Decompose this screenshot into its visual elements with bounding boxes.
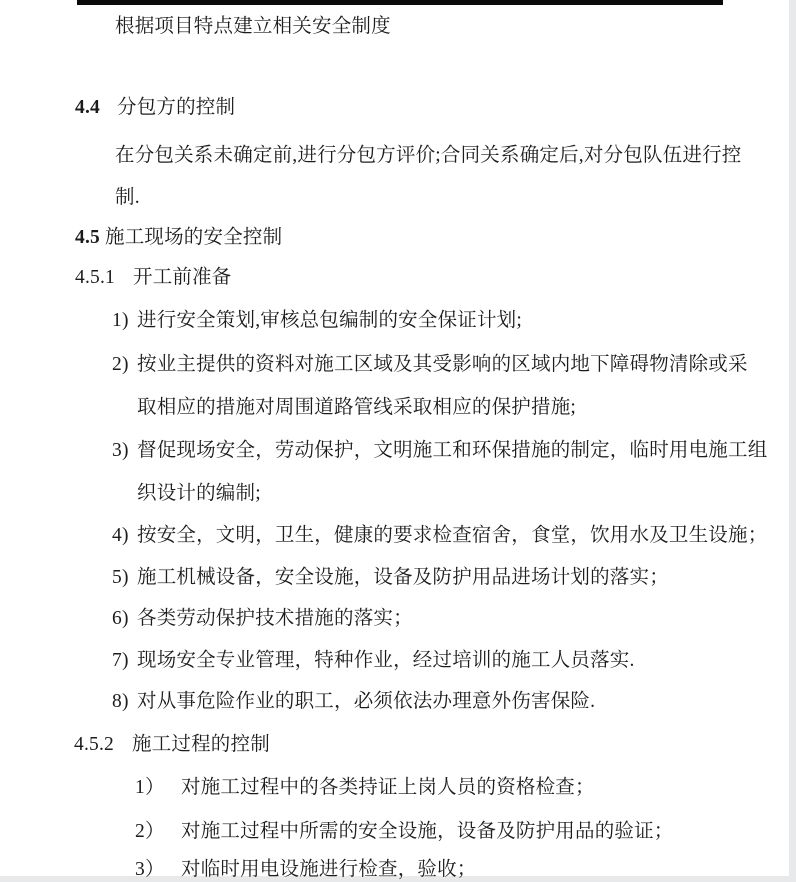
list-item-2-text-2: 取相应的措施对周围道路管线采取相应的保护措施; (137, 397, 576, 418)
document-viewport: 根据项目特点建立相关安全制度 4.4分包方的控制 在分包关系未确定前,进行分包方… (0, 0, 796, 882)
intro-line: 根据项目特点建立相关安全制度 (115, 15, 391, 39)
heading-4-5-2-title: 施工过程的控制 (132, 734, 270, 755)
list-item-7-marker: 7) (112, 649, 137, 673)
list-item-8-marker: 8) (112, 690, 137, 714)
sub-list-item-1-marker: 1） (135, 776, 181, 800)
list-item-3-marker: 3) (112, 439, 137, 463)
list-item-2-continuation: 取相应的措施对周围道路管线采取相应的保护措施; (137, 396, 576, 420)
list-item-7-text: 现场安全专业管理，特种作业，经过培训的施工人员落实. (137, 650, 635, 671)
list-item-1-text: 进行安全策划,审核总包编制的安全保证计划; (137, 310, 522, 331)
list-item-2: 2)按业主提供的资料对施工区域及其受影响的区域内地下障碍物清除或采 (112, 353, 748, 377)
top-rule-divider (77, 0, 723, 5)
list-item-7: 7)现场安全专业管理，特种作业，经过培训的施工人员落实. (112, 649, 635, 673)
list-item-8: 8)对从事危险作业的职工，必须依法办理意外伤害保险. (112, 690, 595, 714)
list-item-4-marker: 4) (112, 524, 137, 548)
list-item-6-marker: 6) (112, 607, 137, 631)
heading-4-5-1-number: 4.5.1 (75, 266, 133, 290)
list-item-5-text: 施工机械设备，安全设施，设备及防护用品进场计划的落实； (137, 567, 669, 588)
sub-list-item-1: 1）对施工过程中的各类持证上岗人员的资格检查； (135, 776, 595, 800)
heading-4-4-number: 4.4 (75, 96, 117, 120)
intro-text: 根据项目特点建立相关安全制度 (115, 16, 391, 37)
document-page: 根据项目特点建立相关安全制度 4.4分包方的控制 在分包关系未确定前,进行分包方… (0, 0, 789, 876)
heading-4-5-2: 4.5.2施工过程的控制 (74, 733, 270, 757)
list-item-3: 3)督促现场安全，劳动保护，文明施工和环保措施的制定，临时用电施工组 (112, 439, 767, 463)
sub-list-item-3-marker: 3） (135, 858, 181, 882)
list-item-3-text: 督促现场安全，劳动保护，文明施工和环保措施的制定，临时用电施工组 (137, 440, 767, 461)
para-4-4-line-1: 在分包关系未确定前,进行分包方评价;合同关系确定后,对分包队伍进行控 (115, 144, 741, 168)
heading-4-5-number: 4.5 (75, 226, 105, 250)
list-item-2-text: 按业主提供的资料对施工区域及其受影响的区域内地下障碍物清除或采 (137, 354, 748, 375)
para-4-4-text-2: 制. (115, 187, 140, 208)
list-item-3-text-2: 织设计的编制; (137, 483, 261, 504)
sub-list-item-3-text: 对临时用电设施进行检查，验收； (181, 859, 477, 880)
list-item-2-marker: 2) (112, 353, 137, 377)
heading-4-4-title: 分包方的控制 (117, 97, 235, 118)
sub-list-item-2-marker: 2） (135, 820, 181, 844)
para-4-4-text-1: 在分包关系未确定前,进行分包方评价;合同关系确定后,对分包队伍进行控 (115, 145, 741, 166)
sub-list-item-1-text: 对施工过程中的各类持证上岗人员的资格检查； (181, 777, 595, 798)
list-item-8-text: 对从事危险作业的职工，必须依法办理意外伤害保险. (137, 691, 595, 712)
list-item-5: 5)施工机械设备，安全设施，设备及防护用品进场计划的落实； (112, 566, 669, 590)
sub-list-item-2-text: 对施工过程中所需的安全设施，设备及防护用品的验证； (181, 821, 674, 842)
list-item-5-marker: 5) (112, 566, 137, 590)
heading-4-5-2-number: 4.5.2 (74, 733, 132, 757)
sub-list-item-3: 3）对临时用电设施进行检查，验收； (135, 858, 477, 882)
list-item-6-text: 各类劳动保护技术措施的落实； (137, 608, 413, 629)
list-item-4-text: 按安全，文明，卫生，健康的要求检查宿舍，食堂，饮用水及卫生设施； (137, 525, 767, 546)
list-item-3-continuation: 织设计的编制; (137, 482, 261, 506)
sub-list-item-2: 2）对施工过程中所需的安全设施，设备及防护用品的验证； (135, 820, 674, 844)
heading-4-5-1-title: 开工前准备 (133, 267, 232, 288)
list-item-4: 4)按安全，文明，卫生，健康的要求检查宿舍，食堂，饮用水及卫生设施； (112, 524, 767, 548)
para-4-4-line-2: 制. (115, 186, 140, 210)
heading-4-4: 4.4分包方的控制 (75, 96, 235, 120)
heading-4-5: 4.5施工现场的安全控制 (75, 226, 282, 250)
list-item-1: 1)进行安全策划,审核总包编制的安全保证计划; (112, 309, 522, 333)
list-item-6: 6)各类劳动保护技术措施的落实； (112, 607, 413, 631)
heading-4-5-title: 施工现场的安全控制 (105, 227, 282, 248)
list-item-1-marker: 1) (112, 309, 137, 333)
heading-4-5-1: 4.5.1开工前准备 (75, 266, 232, 290)
